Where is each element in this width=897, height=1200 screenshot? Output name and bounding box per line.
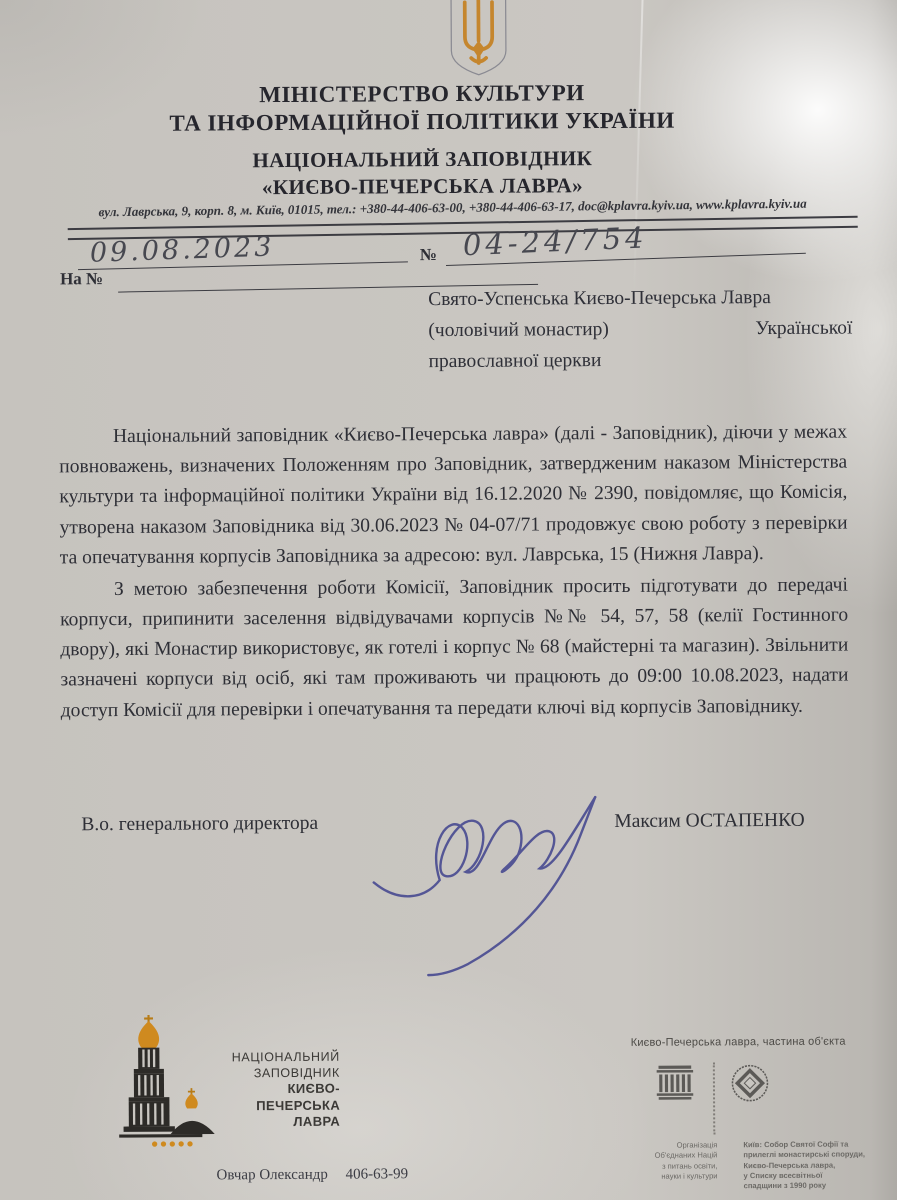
recipient-line: Української xyxy=(755,313,852,345)
reserve-logo-line: КИЄВО-ПЕЧЕРСЬКА xyxy=(215,1081,340,1115)
reserve-logo-line: ЗАПОВІДНИК xyxy=(215,1065,340,1082)
ministry-name-line2: ТА ІНФОРМАЦІЙНОЇ ПОЛІТИКИ УКРАЇНИ xyxy=(0,106,847,139)
scanned-letter-page: МІНІСТЕРСТВО КУЛЬТУРИ ТА ІНФОРМАЦІЙНОЇ П… xyxy=(0,0,897,1200)
unesco-block: Києво-Печерська лавра, частина об'єкта xyxy=(631,1035,882,1192)
unesco-org-text: Організація Об'єднаних Націй з питань ос… xyxy=(631,1140,717,1192)
unesco-temple-icon xyxy=(653,1062,697,1102)
handwritten-date: 09.08.2023 xyxy=(89,231,275,268)
letterhead: МІНІСТЕРСТВО КУЛЬТУРИ ТА ІНФОРМАЦІЙНОЇ П… xyxy=(0,78,848,204)
reply-ref-label: На № xyxy=(60,269,103,289)
reserve-logo-text: НАЦІОНАЛЬНИЙ ЗАПОВІДНИК КИЄВО-ПЕЧЕРСЬКА … xyxy=(215,1049,340,1132)
heritage-line: спадщини з 1990 року xyxy=(744,1180,874,1191)
signature-name: Максим ОСТАПЕНКО xyxy=(614,810,804,833)
executor-line: Овчар Олександр 406-63-99 xyxy=(216,1166,408,1184)
bell-tower-icon xyxy=(102,1009,218,1160)
reserve-logo-line: НАЦІОНАЛЬНИЙ xyxy=(215,1049,340,1066)
recipient-line: православної церкви xyxy=(428,344,852,378)
unesco-org-line: науки і культури xyxy=(631,1171,717,1182)
handwritten-ref-number: 04-24/754 xyxy=(462,220,648,262)
number-sign: № xyxy=(420,245,437,265)
recipient-block: Свято-Успенська Києво-Печерська Лавра (ч… xyxy=(428,282,853,378)
heritage-line: прилеглі монастирські споруди, xyxy=(743,1150,873,1161)
letter-body: Національний заповідник «Києво-Печерська… xyxy=(59,418,849,727)
unesco-caption: Києво-Печерська лавра, частина об'єкта xyxy=(631,1035,881,1049)
signature-scribble-icon xyxy=(369,767,618,981)
recipient-line: Свято-Успенська Києво-Печерська Лавра xyxy=(428,282,852,316)
body-paragraph-1: Національний заповідник «Києво-Печерська… xyxy=(59,418,848,574)
unesco-org-line: Організація xyxy=(631,1140,717,1151)
reserve-logo-line: ЛАВРА xyxy=(215,1114,340,1131)
executor-phone: 406-63-99 xyxy=(346,1166,409,1182)
recipient-line: (чоловічий монастир) xyxy=(428,314,609,346)
signature-position-title: В.о. генерального директора xyxy=(81,813,318,836)
executor-name: Овчар Олександр xyxy=(216,1167,327,1184)
world-heritage-icon xyxy=(729,1062,771,1104)
unesco-org-line: Об'єднаних Націй xyxy=(631,1151,717,1162)
heritage-text: Київ: Собор Святої Софії та прилеглі мон… xyxy=(743,1139,873,1191)
body-paragraph-2: З метою забезпечення роботи Комісії, Зап… xyxy=(60,570,849,726)
logo-separator xyxy=(713,1062,715,1134)
unesco-org-line: з питань освіти, xyxy=(631,1161,717,1172)
trident-emblem-icon xyxy=(447,0,509,78)
reserve-logo: НАЦІОНАЛЬНИЙ ЗАПОВІДНИК КИЄВО-ПЕЧЕРСЬКА … xyxy=(102,1009,343,1160)
